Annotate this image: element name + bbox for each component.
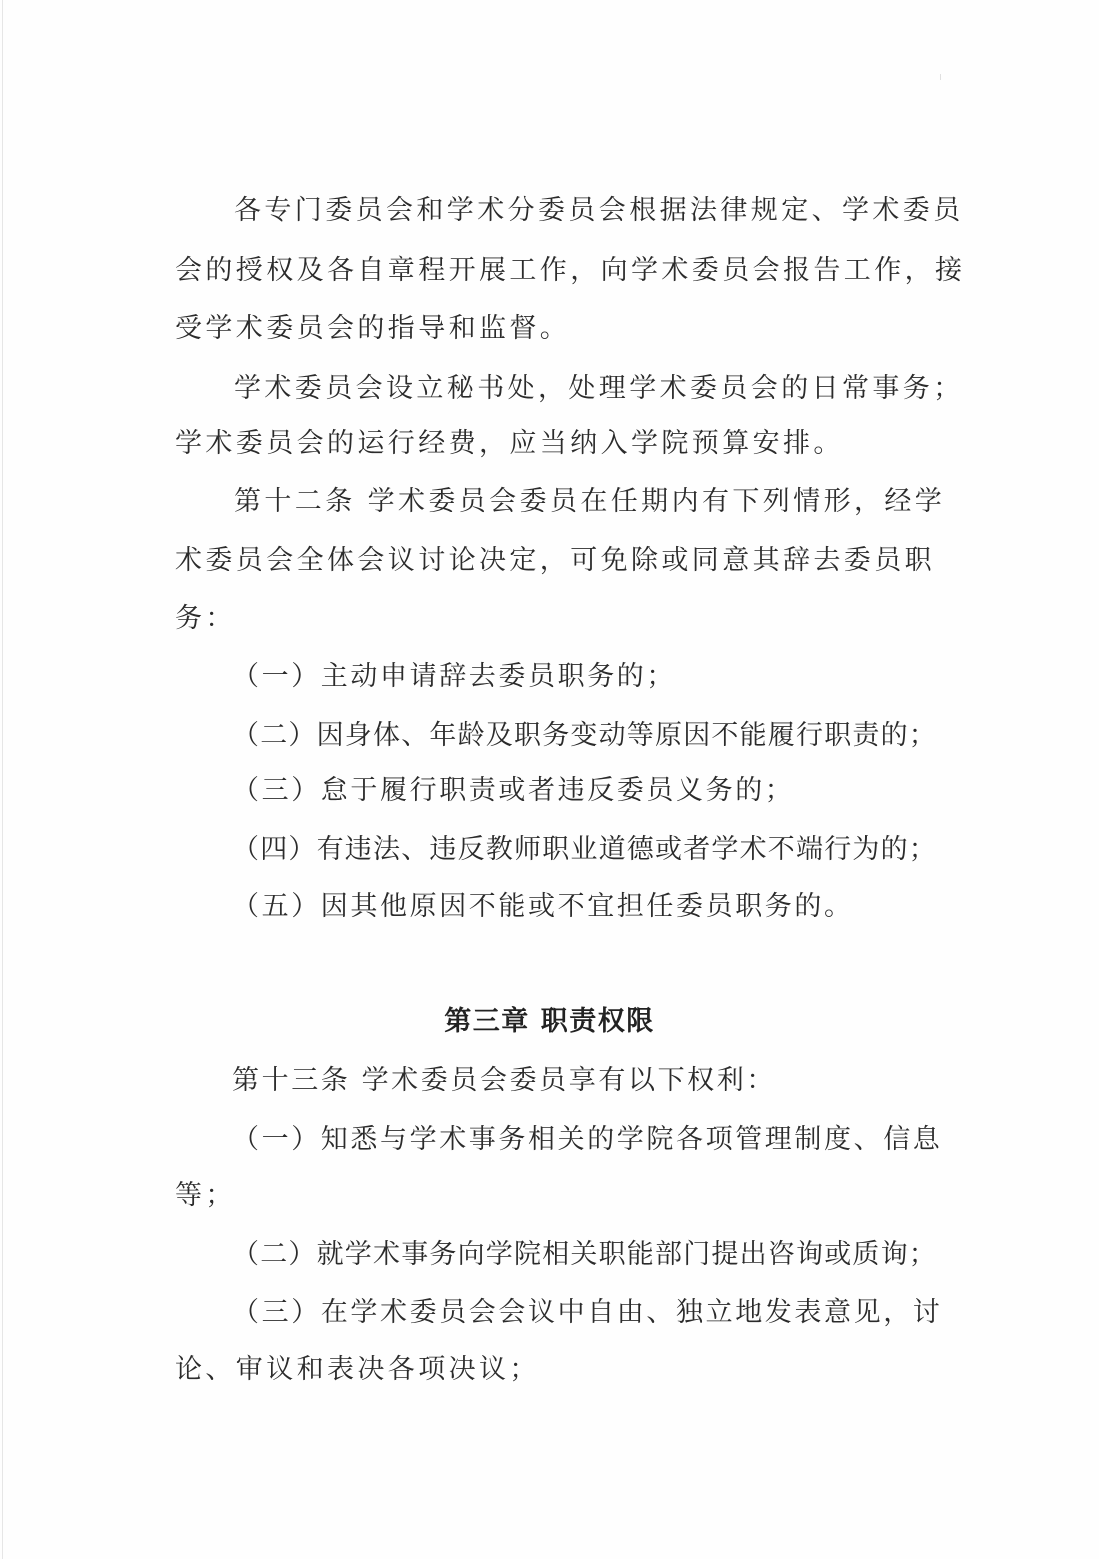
paragraph-line: 会的授权及各自章程开展工作，向学术委员会报告工作，接 (175, 251, 975, 291)
article-12-line: 务： (175, 599, 975, 639)
paragraph-line: 各专门委员会和学术分委员会根据法律规定、学术委员 (234, 191, 1034, 231)
paragraph-line: 学术委员会的运行经费，应当纳入学院预算安排。 (175, 424, 975, 464)
article-12-item: （五）因其他原因不能或不宜担任委员职务的。 (232, 887, 1032, 927)
paragraph-line: 学术委员会设立秘书处，处理学术委员会的日常事务； (234, 369, 1034, 409)
article-12-item: （二）因身体、年龄及职务变动等原因不能履行职责的； (232, 716, 1032, 756)
chapter-heading: 第三章 职责权限 (0, 1002, 1099, 1042)
article-12-line: 术委员会全体会议讨论决定，可免除或同意其辞去委员职 (175, 541, 975, 581)
article-12-item: （四）有违法、违反教师职业道德或者学术不端行为的； (232, 830, 1032, 870)
paragraph-line: 受学术委员会的指导和监督。 (175, 309, 975, 349)
article-13-item-continuation: 论、审议和表决各项决议； (175, 1350, 975, 1390)
scan-speck (940, 74, 941, 80)
article-12-item: （三）怠于履行职责或者违反委员义务的； (232, 771, 1032, 811)
article-13-item-continuation: 等； (175, 1176, 975, 1216)
article-12-line: 第十二条 学术委员会委员在任期内有下列情形，经学 (234, 482, 1034, 522)
scan-edge-line (2, 0, 3, 1559)
document-page: 各专门委员会和学术分委员会根据法律规定、学术委员 会的授权及各自章程开展工作，向… (0, 0, 1099, 1559)
article-13-item: （一）知悉与学术事务相关的学院各项管理制度、信息 (232, 1120, 1032, 1160)
article-13-item: （二）就学术事务向学院相关职能部门提出咨询或质询； (232, 1235, 1032, 1275)
article-12-item: （一）主动申请辞去委员职务的； (232, 657, 1032, 697)
article-13-item: （三）在学术委员会会议中自由、独立地发表意见，讨 (232, 1293, 1032, 1333)
article-13-intro: 第十三条 学术委员会委员享有以下权利： (232, 1061, 1032, 1101)
